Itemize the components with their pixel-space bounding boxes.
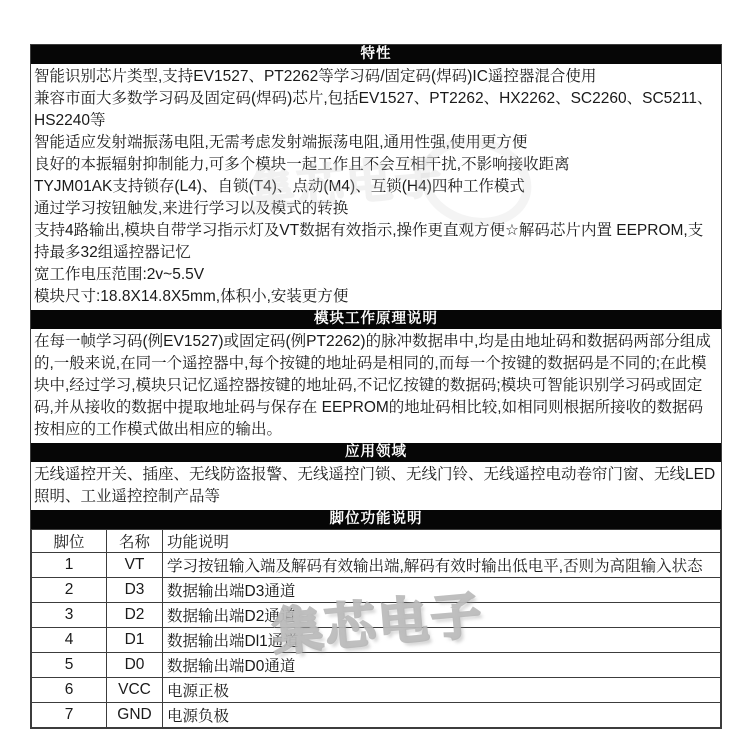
datasheet-page: 特性 智能识别芯片类型,支持EV1527、PT2262等学习码/固定码(焊码)I…: [0, 0, 750, 750]
pin-row: 7 GND 电源负极: [32, 703, 721, 728]
feature-item: 良好的本振辐射抑制能力,可多个模块一起工作且不会互相干扰,不影响接收距离: [34, 154, 718, 176]
pin-row: 2 D3 数据输出端D3通道: [32, 578, 721, 603]
pin-desc-cell: 学习按钮输入端及解码有效输出端,解码有效时输出低电平,否则为高阻输入状态: [163, 553, 721, 578]
pin-desc-cell: 电源负极: [163, 703, 721, 728]
datasheet-document: 特性 智能识别芯片类型,支持EV1527、PT2262等学习码/固定码(焊码)I…: [30, 44, 722, 729]
feature-item: 兼容市面大多数学习码及固定码(焊码)芯片,包括EV1527、PT2262、HX2…: [34, 88, 718, 132]
feature-item: TYJM01AK支持锁存(L4)、自锁(T4)、点动(M4)、互锁(H4)四种工…: [34, 176, 718, 198]
pin-number-cell: 6: [32, 678, 107, 703]
principle-paragraph: 在每一帧学习码(例EV1527)或固定码(例PT2262)的脉冲数据串中,均是由…: [34, 331, 718, 441]
pin-name-cell: D2: [107, 603, 163, 628]
pin-row: 4 D1 数据输出端Dl1通道: [32, 628, 721, 653]
feature-item: 支持4路输出,模块自带学习指示灯及VT数据有效指示,操作更直观方便☆解码芯片内置…: [34, 220, 718, 264]
feature-item: 智能适应发射端振荡电阻,无需考虑发射端振荡电阻,通用性强,使用更方便: [34, 132, 718, 154]
feature-item: 模块尺寸:18.8X14.8X5mm,体积小,安装更方便: [34, 286, 718, 308]
section-header-pins: 脚位功能说明: [31, 510, 721, 529]
principle-text: 在每一帧学习码(例EV1527)或固定码(例PT2262)的脉冲数据串中,均是由…: [31, 329, 721, 443]
pin-name-cell: D3: [107, 578, 163, 603]
pin-number-cell: 2: [32, 578, 107, 603]
desc-col-header: 功能说明: [163, 530, 721, 553]
pin-row: 3 D2 数据输出端D2通道: [32, 603, 721, 628]
pin-name-cell: GND: [107, 703, 163, 728]
feature-item: 通过学习按钮触发,来进行学习以及模式的转换: [34, 198, 718, 220]
pin-number-cell: 4: [32, 628, 107, 653]
pin-row: 1 VT 学习按钮输入端及解码有效输出端,解码有效时输出低电平,否则为高阻输入状…: [32, 553, 721, 578]
pin-desc-cell: 电源正极: [163, 678, 721, 703]
feature-item: 智能识别芯片类型,支持EV1527、PT2262等学习码/固定码(焊码)IC遥控…: [34, 66, 718, 88]
pin-row: 5 D0 数据输出端D0通道: [32, 653, 721, 678]
pin-name-cell: VCC: [107, 678, 163, 703]
applications-text: 无线遥控开关、插座、无线防盗报警、无线遥控门锁、无线门铃、无线遥控电动卷帘门窗、…: [31, 462, 721, 510]
pin-number-cell: 1: [32, 553, 107, 578]
pin-desc-cell: 数据输出端D3通道: [163, 578, 721, 603]
pin-row: 6 VCC 电源正极: [32, 678, 721, 703]
pin-desc-cell: 数据输出端D2通道: [163, 603, 721, 628]
applications-paragraph: 无线遥控开关、插座、无线防盗报警、无线遥控门锁、无线门铃、无线遥控电动卷帘门窗、…: [34, 464, 718, 508]
features-list: 智能识别芯片类型,支持EV1527、PT2262等学习码/固定码(焊码)IC遥控…: [31, 64, 721, 310]
pin-name-cell: D0: [107, 653, 163, 678]
section-header-features: 特性: [31, 45, 721, 64]
pin-number-cell: 3: [32, 603, 107, 628]
pin-desc-cell: 数据输出端Dl1通道: [163, 628, 721, 653]
pin-table-header-row: 脚位 名称 功能说明: [32, 530, 721, 553]
pin-name-cell: VT: [107, 553, 163, 578]
section-header-applications: 应用领域: [31, 443, 721, 462]
name-col-header: 名称: [107, 530, 163, 553]
pin-name-cell: D1: [107, 628, 163, 653]
pin-desc-cell: 数据输出端D0通道: [163, 653, 721, 678]
pin-number-cell: 5: [32, 653, 107, 678]
section-header-principle: 模块工作原理说明: [31, 310, 721, 329]
pin-function-table: 脚位 名称 功能说明 1 VT 学习按钮输入端及解码有效输出端,解码有效时输出低…: [31, 529, 721, 728]
pin-number-cell: 7: [32, 703, 107, 728]
feature-item: 宽工作电压范围:2v~5.5V: [34, 264, 718, 286]
pin-col-header: 脚位: [32, 530, 107, 553]
